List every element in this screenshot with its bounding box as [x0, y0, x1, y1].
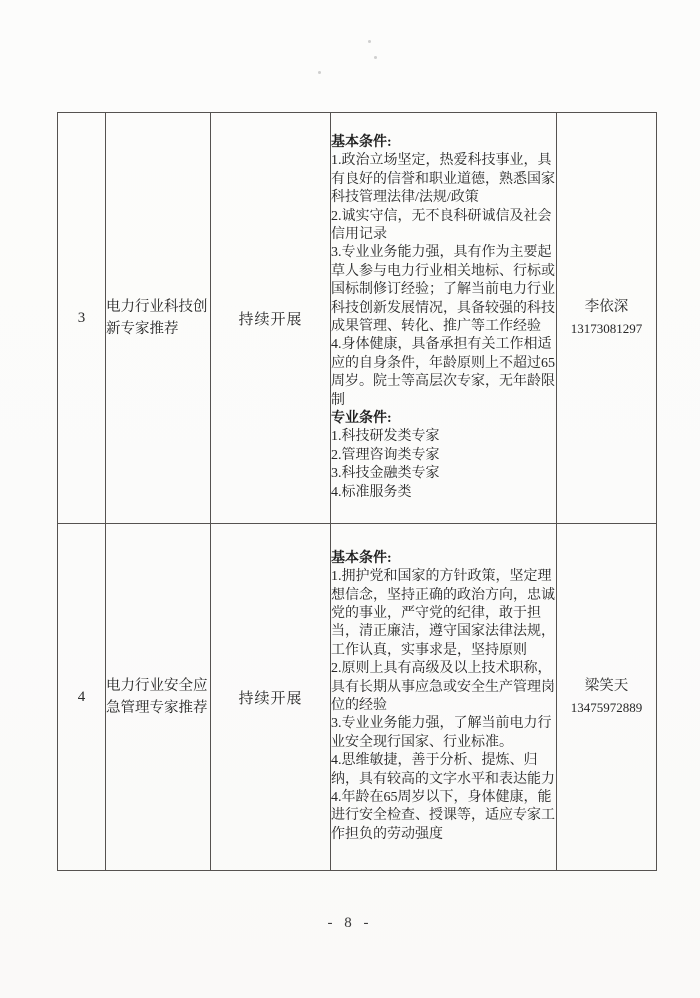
experts-table: 3 电力行业科技创新专家推荐 持续开展 基本条件: 1.政治立场坚定，热爱科技事…: [57, 112, 657, 871]
condition-item: 1.拥护党和国家的方针政策，坚定理想信念，坚持正确的政治方向，忠诚党的事业，严守…: [331, 568, 556, 660]
project-name: 电力行业安全应急管理专家推荐: [106, 678, 208, 716]
condition-item: 3.专业业务能力强，了解当前电力行业安全现行国家、行业标准。: [331, 715, 556, 752]
row-number: 3: [78, 310, 86, 326]
condition-item: 2.诚实守信，无不良科研诚信及社会信用记录: [331, 208, 556, 245]
status-text: 持续开展: [238, 312, 302, 328]
conditions-cell: 基本条件: 1.拥护党和国家的方针政策，坚定理想信念，坚持正确的政治方向，忠诚党…: [331, 524, 557, 871]
status-cell: 持续开展: [211, 113, 331, 524]
condition-item: 2.管理咨询类专家: [331, 447, 556, 465]
contact-phone: 13475972889: [557, 697, 656, 718]
document-page: 3 电力行业科技创新专家推荐 持续开展 基本条件: 1.政治立场坚定，热爱科技事…: [0, 0, 700, 998]
row-number-cell: 4: [58, 524, 106, 871]
condition-item: 3.专业业务能力强，具有作为主要起草人参与电力行业相关地标、行标或国标制修订经验…: [331, 244, 556, 336]
condition-item: 4.身体健康，具备承担有关工作相适应的自身条件，年龄原则上不超过65周岁。院士等…: [331, 336, 556, 410]
table-row: 3 电力行业科技创新专家推荐 持续开展 基本条件: 1.政治立场坚定，热爱科技事…: [58, 113, 657, 524]
project-name-cell: 电力行业安全应急管理专家推荐: [106, 524, 211, 871]
basic-conditions-heading: 基本条件:: [331, 550, 556, 568]
contact-phone: 13173081297: [557, 318, 656, 339]
condition-item: 4.思维敏捷，善于分析、提炼、归纳，具有较高的文字水平和表达能力: [331, 752, 556, 789]
contact-name: 李依深: [557, 297, 656, 318]
basic-conditions-heading: 基本条件:: [331, 134, 556, 152]
contact-cell: 梁笑天 13475972889: [557, 524, 657, 871]
row-number-cell: 3: [58, 113, 106, 524]
scan-speck: [368, 40, 371, 43]
professional-conditions-heading: 专业条件:: [331, 410, 556, 428]
contact-name: 梁笑天: [557, 676, 656, 697]
status-cell: 持续开展: [211, 524, 331, 871]
condition-item: 3.科技金融类专家: [331, 465, 556, 483]
status-text: 持续开展: [238, 691, 302, 707]
table-row: 4 电力行业安全应急管理专家推荐 持续开展 基本条件: 1.拥护党和国家的方针政…: [58, 524, 657, 871]
condition-item: 4.标准服务类: [331, 484, 556, 502]
project-name-cell: 电力行业科技创新专家推荐: [106, 113, 211, 524]
row-number: 4: [78, 689, 86, 705]
scan-speck: [318, 71, 321, 74]
page-number: - 8 -: [0, 915, 700, 932]
conditions-cell: 基本条件: 1.政治立场坚定，热爱科技事业，具有良好的信誉和职业道德，熟悉国家科…: [331, 113, 557, 524]
condition-item: 4.年龄在65周岁以下，身体健康，能进行安全检查、授课等，适应专家工作担负的劳动…: [331, 789, 556, 844]
condition-item: 2.原则上具有高级及以上技术职称，具有长期从事应急或安全生产管理岗位的经验: [331, 660, 556, 715]
scan-speck: [374, 56, 377, 59]
project-name: 电力行业科技创新专家推荐: [106, 299, 208, 337]
condition-item: 1.科技研发类专家: [331, 428, 556, 446]
condition-item: 1.政治立场坚定，热爱科技事业，具有良好的信誉和职业道德，熟悉国家科技管理法律/…: [331, 152, 556, 207]
contact-cell: 李依深 13173081297: [557, 113, 657, 524]
